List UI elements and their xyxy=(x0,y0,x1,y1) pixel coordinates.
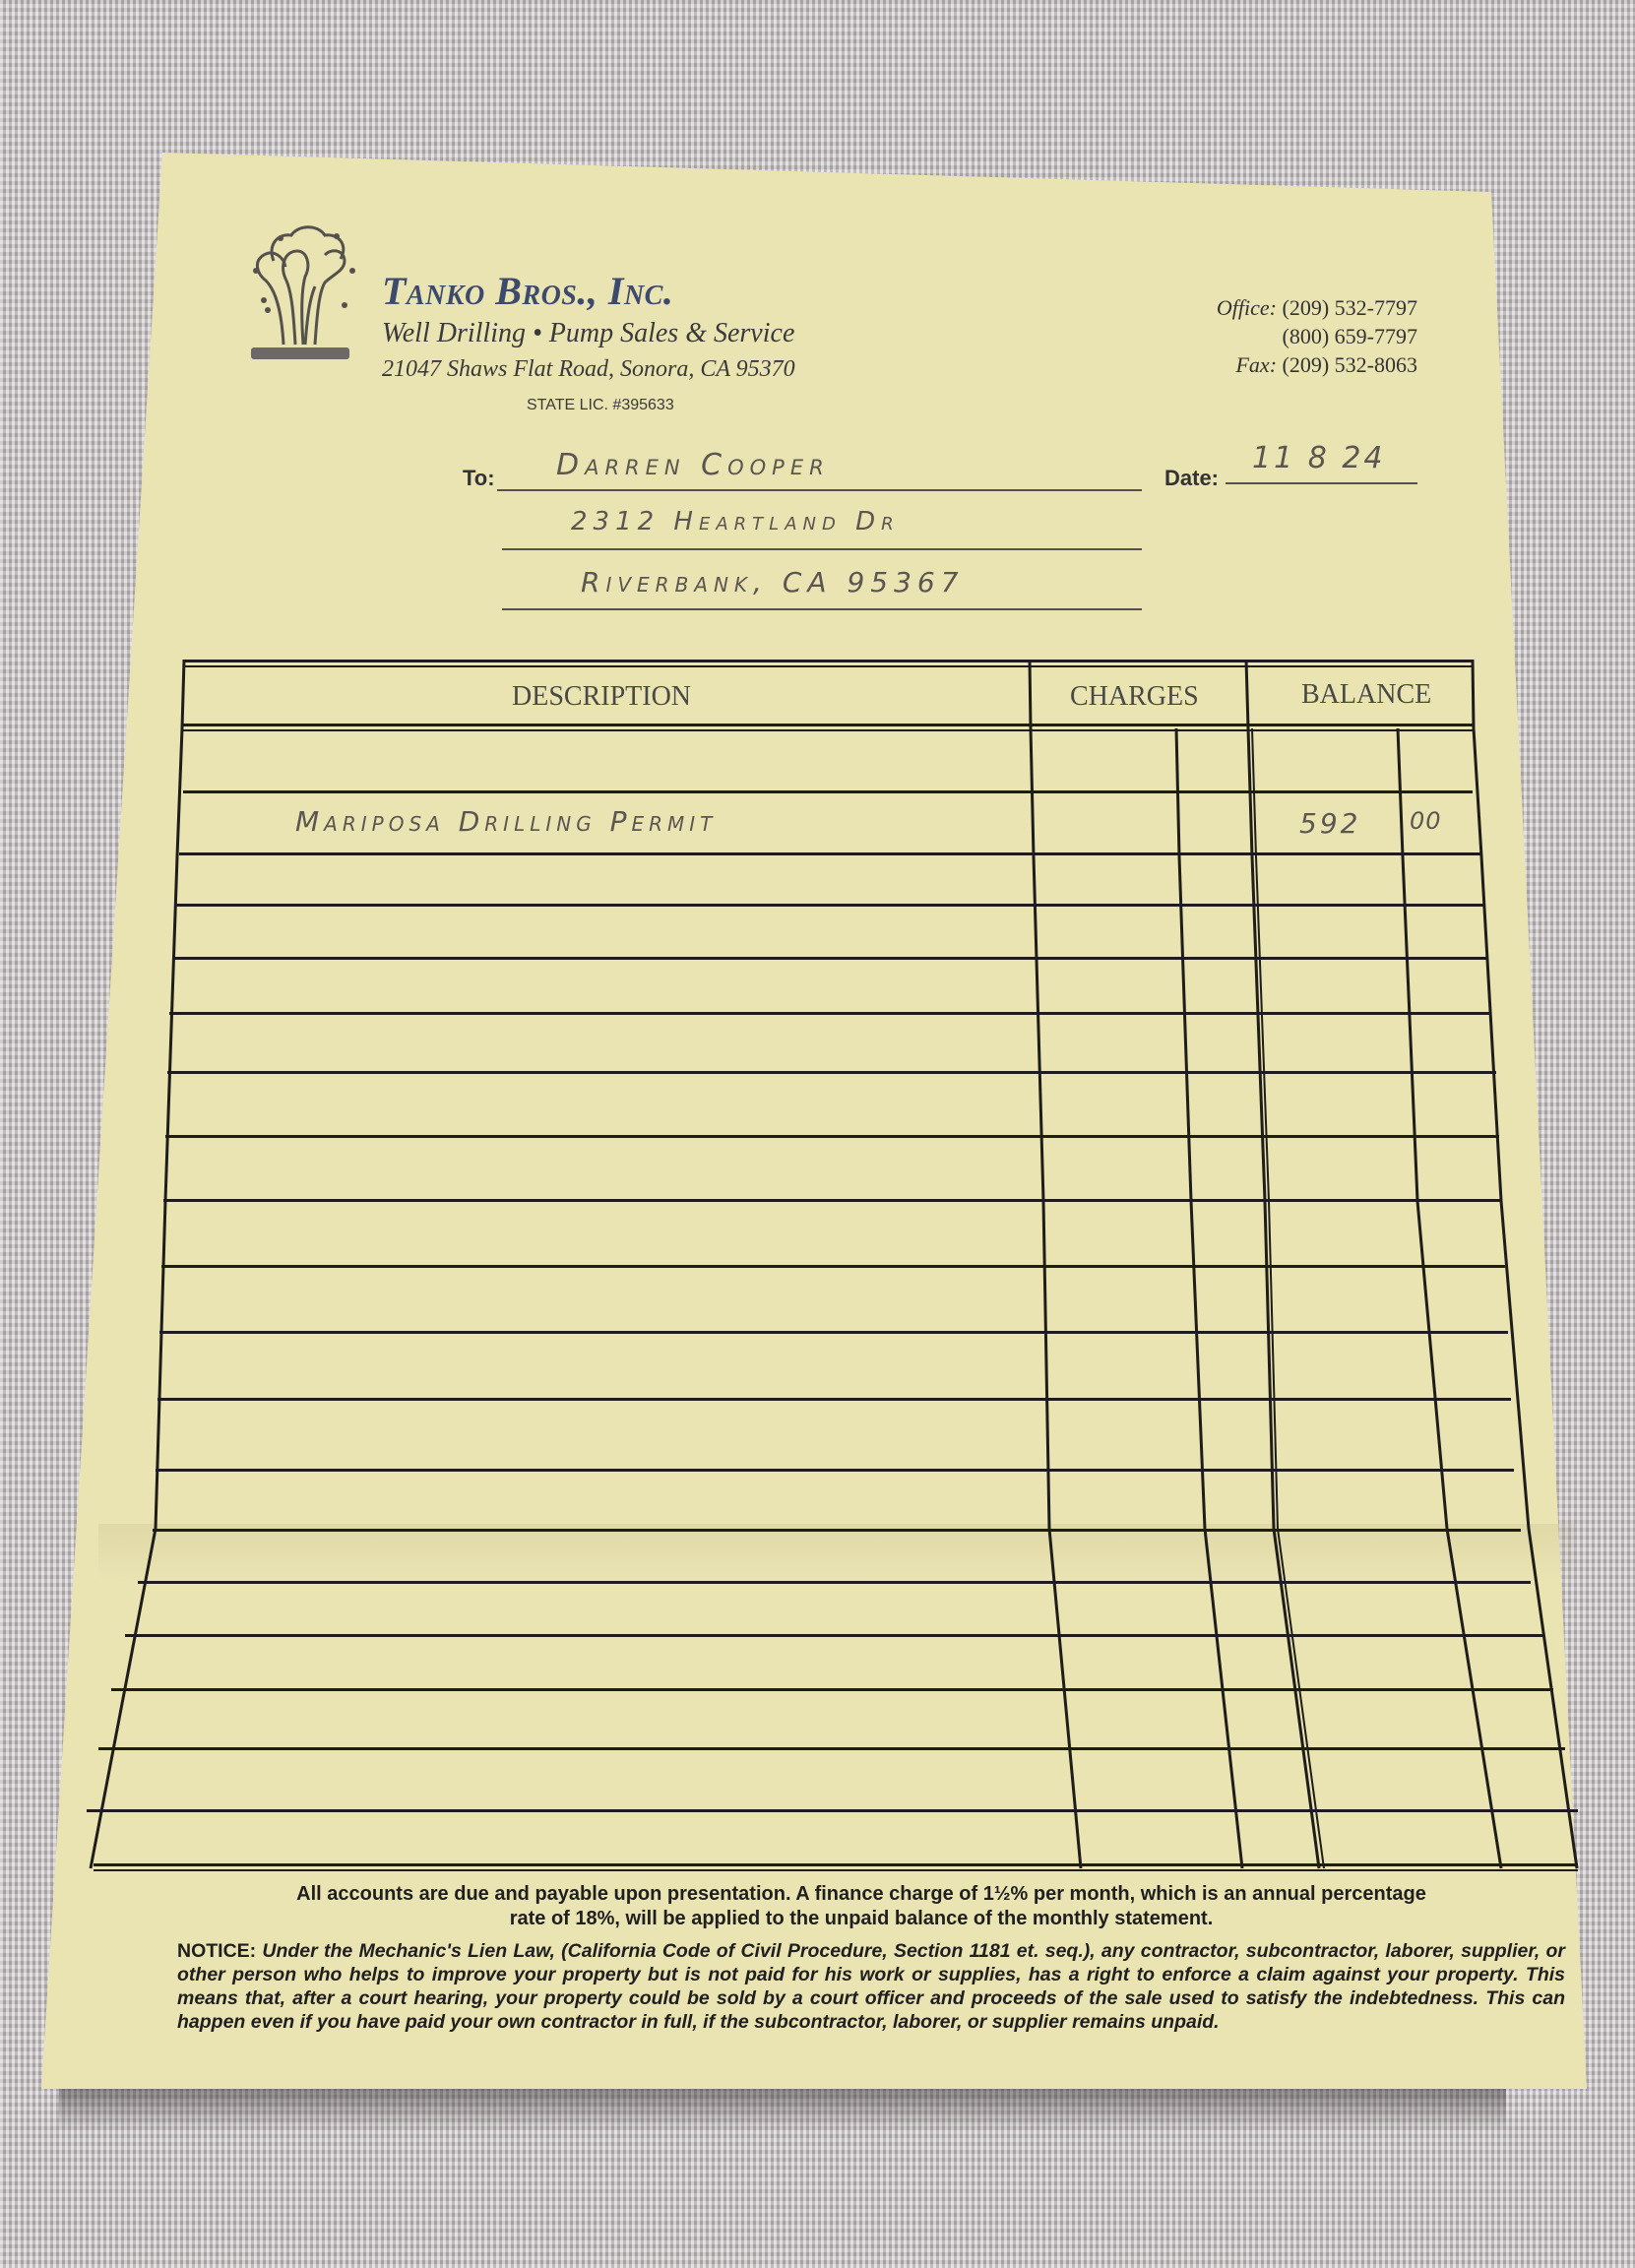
row-description[interactable]: Mariposa Drilling Permit xyxy=(295,805,717,838)
lien-notice: NOTICE: Under the Mechanic's Lien Law, (… xyxy=(177,1939,1565,2034)
notice-label: NOTICE: xyxy=(177,1940,256,1962)
notice-text: Under the Mechanic's Lien Law, (Californ… xyxy=(177,1940,1565,2033)
row-balance-cents[interactable]: 00 xyxy=(1410,807,1442,835)
payment-terms: All accounts are due and payable upon pr… xyxy=(295,1882,1427,1931)
row-balance[interactable]: 592 xyxy=(1299,807,1360,840)
